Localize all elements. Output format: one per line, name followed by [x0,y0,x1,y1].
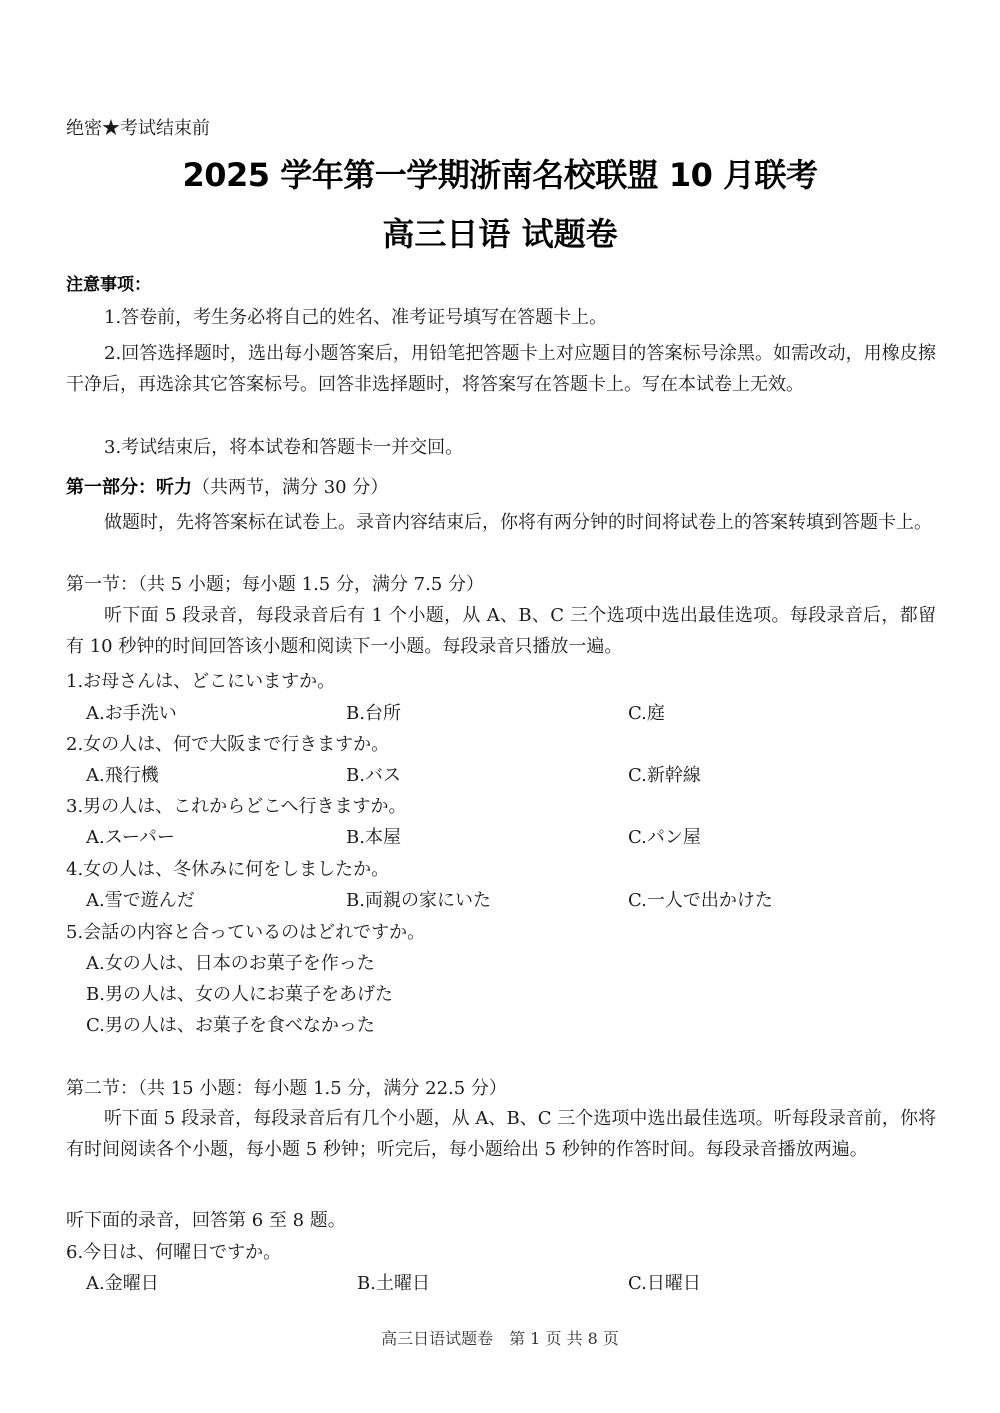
exam-subtitle: 高三日语 试题卷 [0,209,1000,255]
confidential-label: 绝密★考试结束前 [66,114,210,140]
question-1-stem: 1.お母さんは、どこにいますか。 [66,667,335,693]
question-3-option-c: C.パン屋 [628,823,701,849]
question-1-option-b: B.台所 [346,699,401,725]
section1-instruction: 听下面 5 段录音，每段录音后有 1 个小题，从 A、B、C 三个选项中选出最佳… [66,600,936,662]
part1-heading-bold: 第一部分：听力 [66,477,192,498]
question-3-stem: 3.男の人は、これからどこへ行きますか。 [66,792,406,818]
note-item-2: 2.回答选择题时，选出每小题答案后，用铅笔把答题卡上对应题目的答案标号涂黑。如需… [66,338,936,400]
section2-instruction: 听下面 5 段录音，每段录音后有几个小题，从 A、B、C 三个选项中选出最佳选项… [66,1103,936,1165]
question-4-option-c: C.一人で出かけた [628,886,773,912]
question-1-option-c: C.庭 [628,699,665,725]
question-5-option-b: B.男の人は、女の人にお菓子をあげた [86,980,393,1006]
question-4-stem: 4.女の人は、冬休みに何をしましたか。 [66,855,389,881]
question-2-stem: 2.女の人は、何で大阪まで行きますか。 [66,730,389,756]
question-6-option-b: B.土曜日 [357,1269,430,1295]
exam-title: 2025 学年第一学期浙南名校联盟 10 月联考 [0,150,1000,196]
question-6-option-c: C.日曜日 [628,1269,701,1295]
section1-heading: 第一节：（共 5 小题；每小题 1.5 分，满分 7.5 分） [66,570,484,596]
question-2-option-c: C.新幹線 [628,761,701,787]
part1-instruction: 做题时，先将答案标在试卷上。录音内容结束后，你将有两分钟的时间将试卷上的答案转填… [66,507,936,538]
note-item-1: 1.答卷前，考生务必将自己的姓名、准考证号填写在答题卡上。 [66,302,936,333]
question-4-option-a: A.雪で遊んだ [86,886,195,912]
question-4-option-b: B.両親の家にいた [346,886,491,912]
question-3-option-a: A.スーパー [86,823,175,849]
section2-group-prompt: 听下面的录音，回答第 6 至 8 题。 [66,1206,346,1232]
question-1-option-a: A.お手洗い [86,699,177,725]
question-5-option-a: A.女の人は、日本のお菓子を作った [86,949,375,975]
question-5-option-c: C.男の人は、お菓子を食べなかった [86,1011,375,1037]
part1-heading-note: （共两节，满分 30 分） [192,477,388,498]
question-5-stem: 5.会話の内容と合っているのはどれですか。 [66,918,425,944]
page-footer: 高三日语试题卷 第 1 页 共 8 页 [0,1326,1000,1349]
notes-heading: 注意事项： [66,270,151,295]
question-6-stem: 6.今日は、何曜日ですか。 [66,1238,281,1264]
note-item-3: 3.考试结束后，将本试卷和答题卡一并交回。 [66,432,936,463]
section2-heading: 第二节：（共 15 小题：每小题 1.5 分，满分 22.5 分） [66,1074,507,1100]
question-6-option-a: A.金曜日 [86,1269,159,1295]
part1-heading: 第一部分：听力（共两节，满分 30 分） [66,473,388,499]
question-2-option-a: A.飛行機 [86,761,159,787]
question-2-option-b: B.バス [346,761,401,787]
question-3-option-b: B.本屋 [346,823,401,849]
